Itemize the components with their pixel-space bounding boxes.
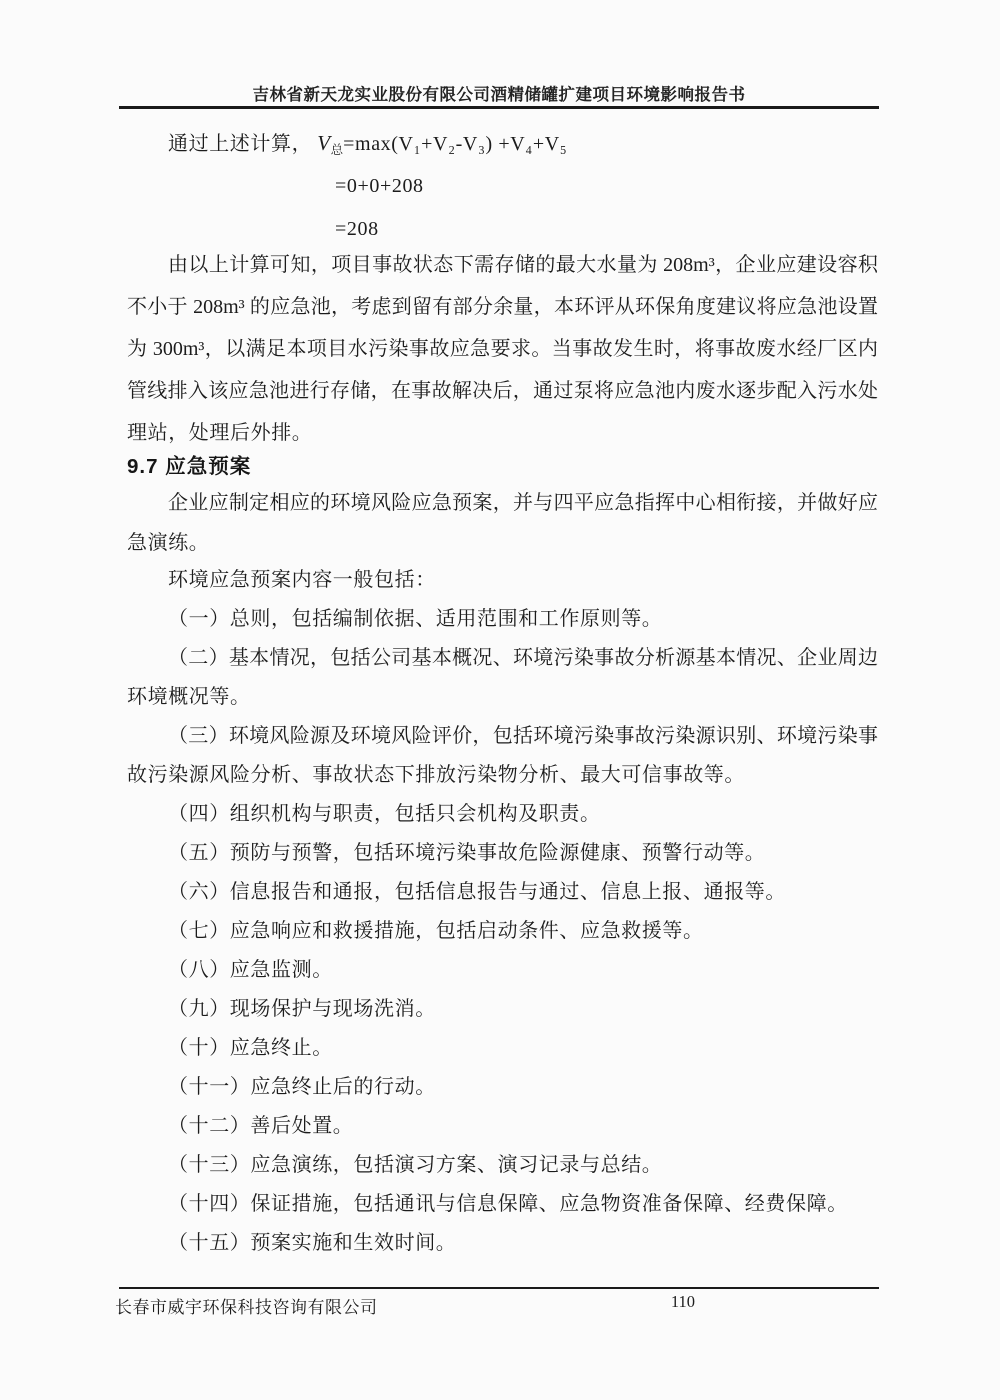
list-item: （二）基本情况，包括公司基本概况、环境污染事故分析源基本情况、企业周边 [127,639,878,678]
list-item: （一）总则，包括编制依据、适用范围和工作原则等。 [127,600,878,639]
header-title: 吉林省新天龙实业股份有限公司酒精储罐扩建项目环境影响报告书 [120,81,878,105]
list-item: （八）应急监测。 [127,951,878,990]
paragraph-line: 不小于 208m³ 的应急池，考虑到留有部分余量，本环评从环保角度建议将应急池设… [127,286,878,328]
paragraph-line: 为 300m³，以满足本项目水污染事故应急要求。当事故发生时，将事故废水经厂区内 [127,328,878,370]
list-item: （十四）保证措施，包括通讯与信息保障、应急物资准备保障、经费保障。 [127,1185,878,1224]
formula-line-2: =0+0+208 [335,165,878,208]
paragraph-line: 急演练。 [127,523,878,563]
paragraph-conclusion: 由以上计算可知，项目事故状态下需存储的最大水量为 208m³，企业应建设容积 不… [127,244,878,454]
formula-variable-subscript: 总 [331,143,344,157]
list-item: （五）预防与预警，包括环境污染事故危险源健康、预警行动等。 [127,834,878,873]
formula-line-1: 通过上述计算，V总=max(V₁+V₂-V₃) +V₄+V₅ [127,122,878,165]
list-item: （十一）应急终止后的行动。 [127,1068,878,1107]
list-item: （七）应急响应和救援措施，包括启动条件、应急救援等。 [127,912,878,951]
list-item: （十二）善后处置。 [127,1107,878,1146]
footer-rule [119,1287,879,1289]
list-item: （九）现场保护与现场洗消。 [127,990,878,1029]
formula-variable: V [317,131,330,155]
list-intro-block: 环境应急预案内容一般包括： [127,561,878,600]
document-page: 吉林省新天龙实业股份有限公司酒精储罐扩建项目环境影响报告书 通过上述计算，V总=… [0,0,1000,1400]
paragraph-line: 由以上计算可知，项目事故状态下需存储的最大水量为 208m³，企业应建设容积 [127,244,878,286]
header-rule [119,106,879,109]
list-intro: 环境应急预案内容一般包括： [127,561,878,600]
list-item-continuation: 故污染源风险分析、事故状态下排放污染物分析、最大可信事故等。 [127,756,878,795]
page-number: 110 [663,1292,703,1312]
section-heading: 9.7 应急预案 [127,449,251,479]
formula-expression: =max(V₁+V₂-V₃) +V₄+V₅ [343,133,567,155]
list-item: （四）组织机构与职责，包括只会机构及职责。 [127,795,878,834]
list-item: （三）环境风险源及环境风险评价，包括环境污染事故污染源识别、环境污染事 [127,717,878,756]
list-item: （十五）预案实施和生效时间。 [127,1224,878,1263]
list-item: （十三）应急演练，包括演习方案、演习记录与总结。 [127,1146,878,1185]
paragraph-emergency-plan: 企业应制定相应的环境风险应急预案，并与四平应急指挥中心相衔接，并做好应 急演练。 [127,483,878,563]
paragraph-line: 理站，处理后外排。 [127,412,878,454]
list-item: （六）信息报告和通报，包括信息报告与通过、信息上报、通报等。 [127,873,878,912]
formula-intro: 通过上述计算， [168,133,312,155]
paragraph-line: 企业应制定相应的环境风险应急预案，并与四平应急指挥中心相衔接，并做好应 [127,483,878,523]
footer-company: 长春市威宇环保科技咨询有限公司 [115,1293,378,1318]
formula-block: 通过上述计算，V总=max(V₁+V₂-V₃) +V₄+V₅ =0+0+208 … [127,122,878,251]
list-item: （十）应急终止。 [127,1029,878,1068]
numbered-list: （一）总则，包括编制依据、适用范围和工作原则等。 （二）基本情况，包括公司基本概… [127,600,878,1263]
list-item-continuation: 环境概况等。 [127,678,878,717]
paragraph-line: 管线排入该应急池进行存储，在事故解决后，通过泵将应急池内废水逐步配入污水处 [127,370,878,412]
